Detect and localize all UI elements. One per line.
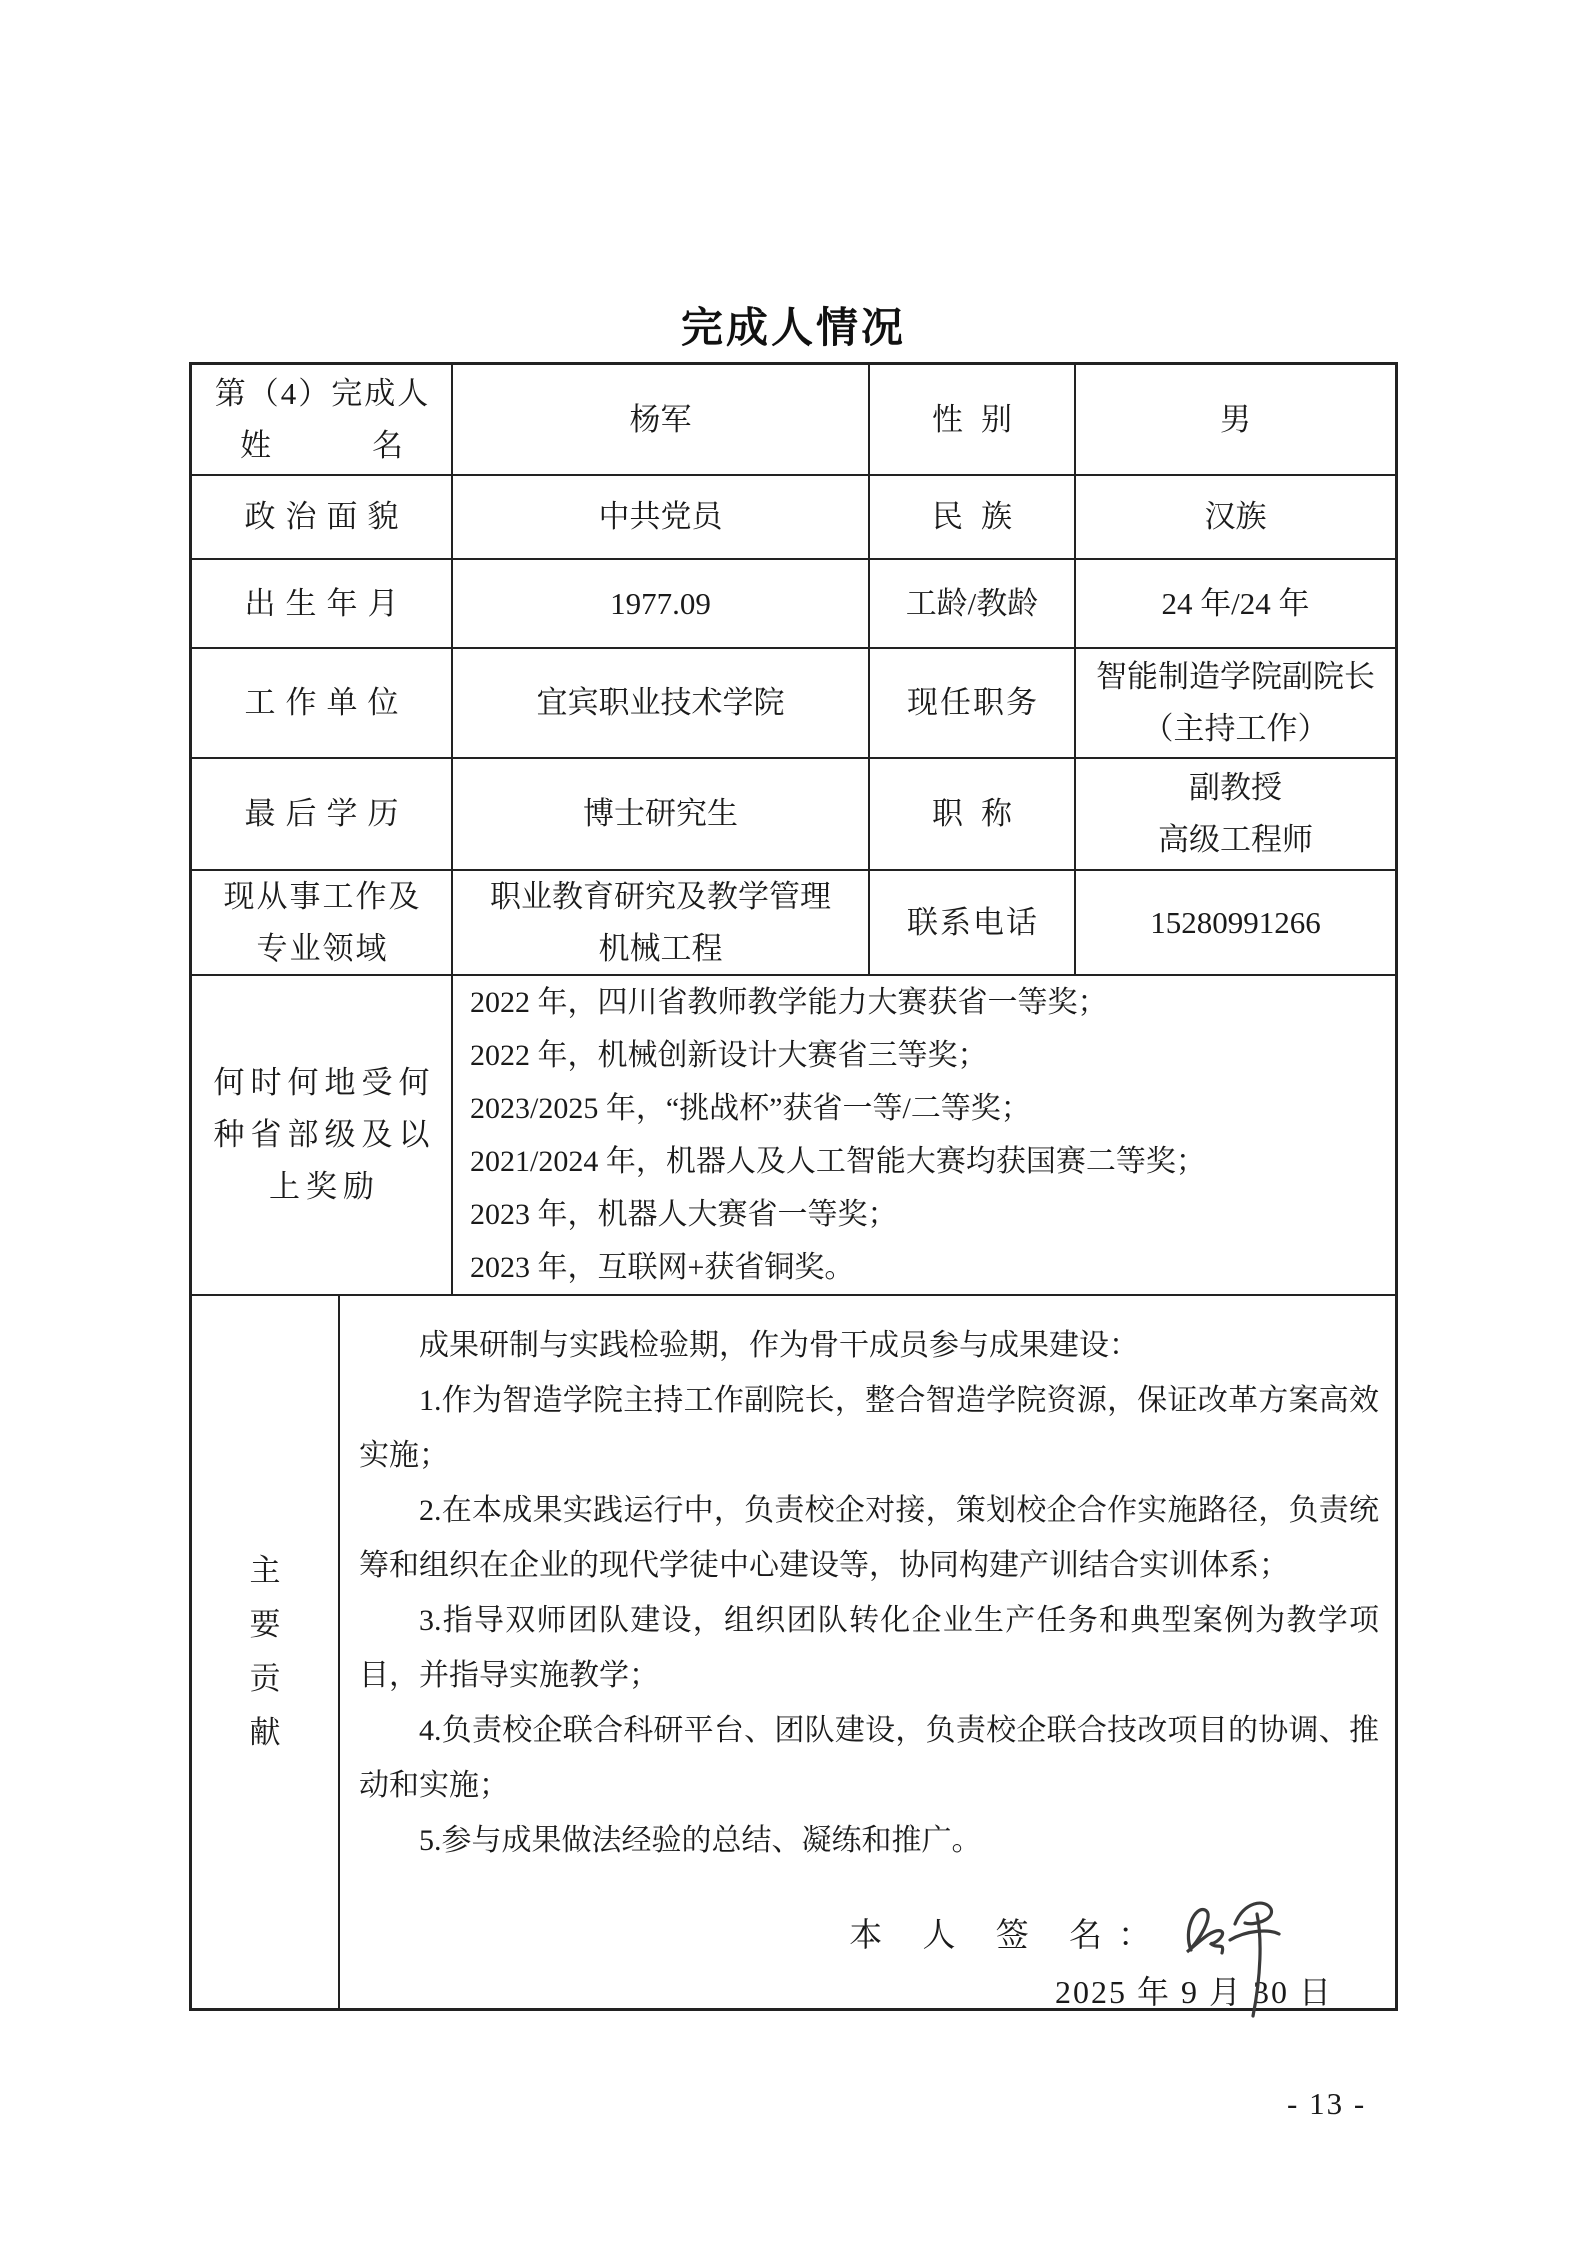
handwritten-signature-image [1167,1884,1297,2024]
phone-value: 15280991266 [1076,871,1395,974]
field-label-line1: 现从事工作及 [224,871,422,923]
table-row-political: 政治面貌 中共党员 民族 汉族 [192,476,1395,560]
givenname-char: 名 [372,420,403,472]
field-label-line2: 专业领域 [257,923,389,975]
award-item: 2021/2024 年，机器人及人工智能大赛均获国赛二等奖； [470,1135,1206,1188]
title-value-line2: 高级工程师 [1158,814,1313,866]
name-label-line1: 第（4）完成人 [215,368,431,420]
seniority-label: 工龄/教龄 [870,560,1076,647]
award-item: 2023/2025 年，“挑战杯”获省一等/二等奖； [470,1082,1031,1135]
field-value-cell: 职业教育研究及教学管理 机械工程 [453,871,870,974]
contrib-paragraph: 5.参与成果做法经验的总结、凝练和推广。 [359,1813,1379,1868]
contributions-content: 成果研制与实践检验期，作为骨干成员参与成果建设： 1.作为智造学院主持工作副院长… [340,1296,1395,2008]
table-row-awards: 何时何地受何 种省部级及以 上奖励 2022 年，四川省教师教学能力大赛获省一等… [192,976,1395,1296]
contrib-label-char: 要 [250,1598,281,1652]
table-row-workunit: 工作单位 宜宾职业技术学院 现任职务 智能制造学院副院长 （主持工作） [192,649,1395,759]
page-title: 完成人情况 [0,295,1587,355]
post-value: 智能制造学院副院长 （主持工作） [1076,649,1395,757]
contrib-paragraph: 1.作为智造学院主持工作副院长，整合智造学院资源，保证改革方案高效实施； [359,1373,1379,1483]
contrib-label-char: 献 [250,1706,281,1760]
table-row-field: 现从事工作及 专业领域 职业教育研究及教学管理 机械工程 联系电话 152809… [192,871,1395,976]
award-item: 2023 年，机器人大赛省一等奖； [470,1188,898,1241]
table-row-birth: 出生年月 1977.09 工龄/教龄 24 年/24 年 [192,560,1395,649]
birth-value: 1977.09 [453,560,870,647]
table-row-contributions: 主 要 贡 献 成果研制与实践检验期，作为骨干成员参与成果建设： 1.作为智造学… [192,1296,1395,2008]
political-label: 政治面貌 [245,491,409,543]
surname-char: 姓 [240,420,271,472]
post-value-line1: 智能制造学院副院长 [1096,651,1375,703]
awards-list: 2022 年，四川省教师教学能力大赛获省一等奖； 2022 年，机械创新设计大赛… [453,976,1395,1294]
table-row-name: 第（4）完成人 姓 名 杨军 性别 男 [192,365,1395,476]
contributions-label-cell: 主 要 贡 献 [192,1296,340,2008]
contrib-label-char: 贡 [250,1652,281,1706]
awards-label-cell: 何时何地受何 种省部级及以 上奖励 [192,976,453,1294]
gender-label: 性别 [932,394,1030,446]
political-value: 中共党员 [453,476,870,558]
education-label: 最后学历 [245,788,409,840]
post-label: 现任职务 [907,677,1039,729]
awards-label-line3: 上奖励 [269,1161,380,1213]
education-value: 博士研究生 [453,759,870,869]
gender-value: 男 [1076,365,1395,474]
contrib-label-char: 主 [250,1544,281,1598]
seniority-value: 24 年/24 年 [1076,560,1395,647]
birth-label: 出生年月 [245,578,409,630]
field-value-line1: 职业教育研究及教学管理 [490,871,831,923]
ethnicity-value: 汉族 [1076,476,1395,558]
name-label-cell: 第（4）完成人 姓 名 [192,365,453,474]
contrib-paragraph: 2.在本成果实践运行中，负责校企对接，策划校企合作实施路径，负责统筹和组织在企业… [359,1483,1379,1593]
field-label-cell: 现从事工作及 专业领域 [192,871,453,974]
contrib-paragraph: 4.负责校企联合科研平台、团队建设，负责校企联合技改项目的协调、推动和实施； [359,1703,1379,1813]
title-label: 职称 [932,788,1030,840]
signature-label: 本 人 签 名： [849,1918,1167,1954]
award-item: 2022 年，四川省教师教学能力大赛获省一等奖； [470,976,1108,1029]
workunit-value: 宜宾职业技术学院 [453,649,870,757]
signature-line: 本 人 签 名： [359,1914,1379,1958]
phone-label: 联系电话 [907,897,1039,949]
table-row-education: 最后学历 博士研究生 职称 副教授 高级工程师 [192,759,1395,871]
post-value-line2: （主持工作） [1143,703,1329,755]
document-page: 完成人情况 第（4）完成人 姓 名 杨军 性别 男 政治面貌 中共党员 民族 汉… [0,0,1587,2245]
field-value-line2: 机械工程 [599,923,723,975]
page-number: - 13 - [1287,2086,1366,2122]
ethnicity-label: 民族 [932,491,1030,543]
contrib-paragraph: 成果研制与实践检验期，作为骨干成员参与成果建设： [359,1318,1379,1373]
name-value: 杨军 [453,365,870,474]
title-value: 副教授 高级工程师 [1076,759,1395,869]
contrib-paragraph: 3.指导双师团队建设，组织团队转化企业生产任务和典型案例为教学项目，并指导实施教… [359,1593,1379,1703]
awards-label-line1: 何时何地受何 [214,1057,436,1109]
workunit-label: 工作单位 [245,677,409,729]
title-value-line1: 副教授 [1189,762,1282,814]
awards-label-line2: 种省部级及以 [214,1109,436,1161]
award-item: 2023 年，互联网+获省铜奖。 [470,1241,854,1294]
name-label-line2: 姓 名 [192,420,451,472]
award-item: 2022 年，机械创新设计大赛省三等奖； [470,1029,988,1082]
completer-info-table: 第（4）完成人 姓 名 杨军 性别 男 政治面貌 中共党员 民族 汉族 出生年月… [189,362,1398,2011]
